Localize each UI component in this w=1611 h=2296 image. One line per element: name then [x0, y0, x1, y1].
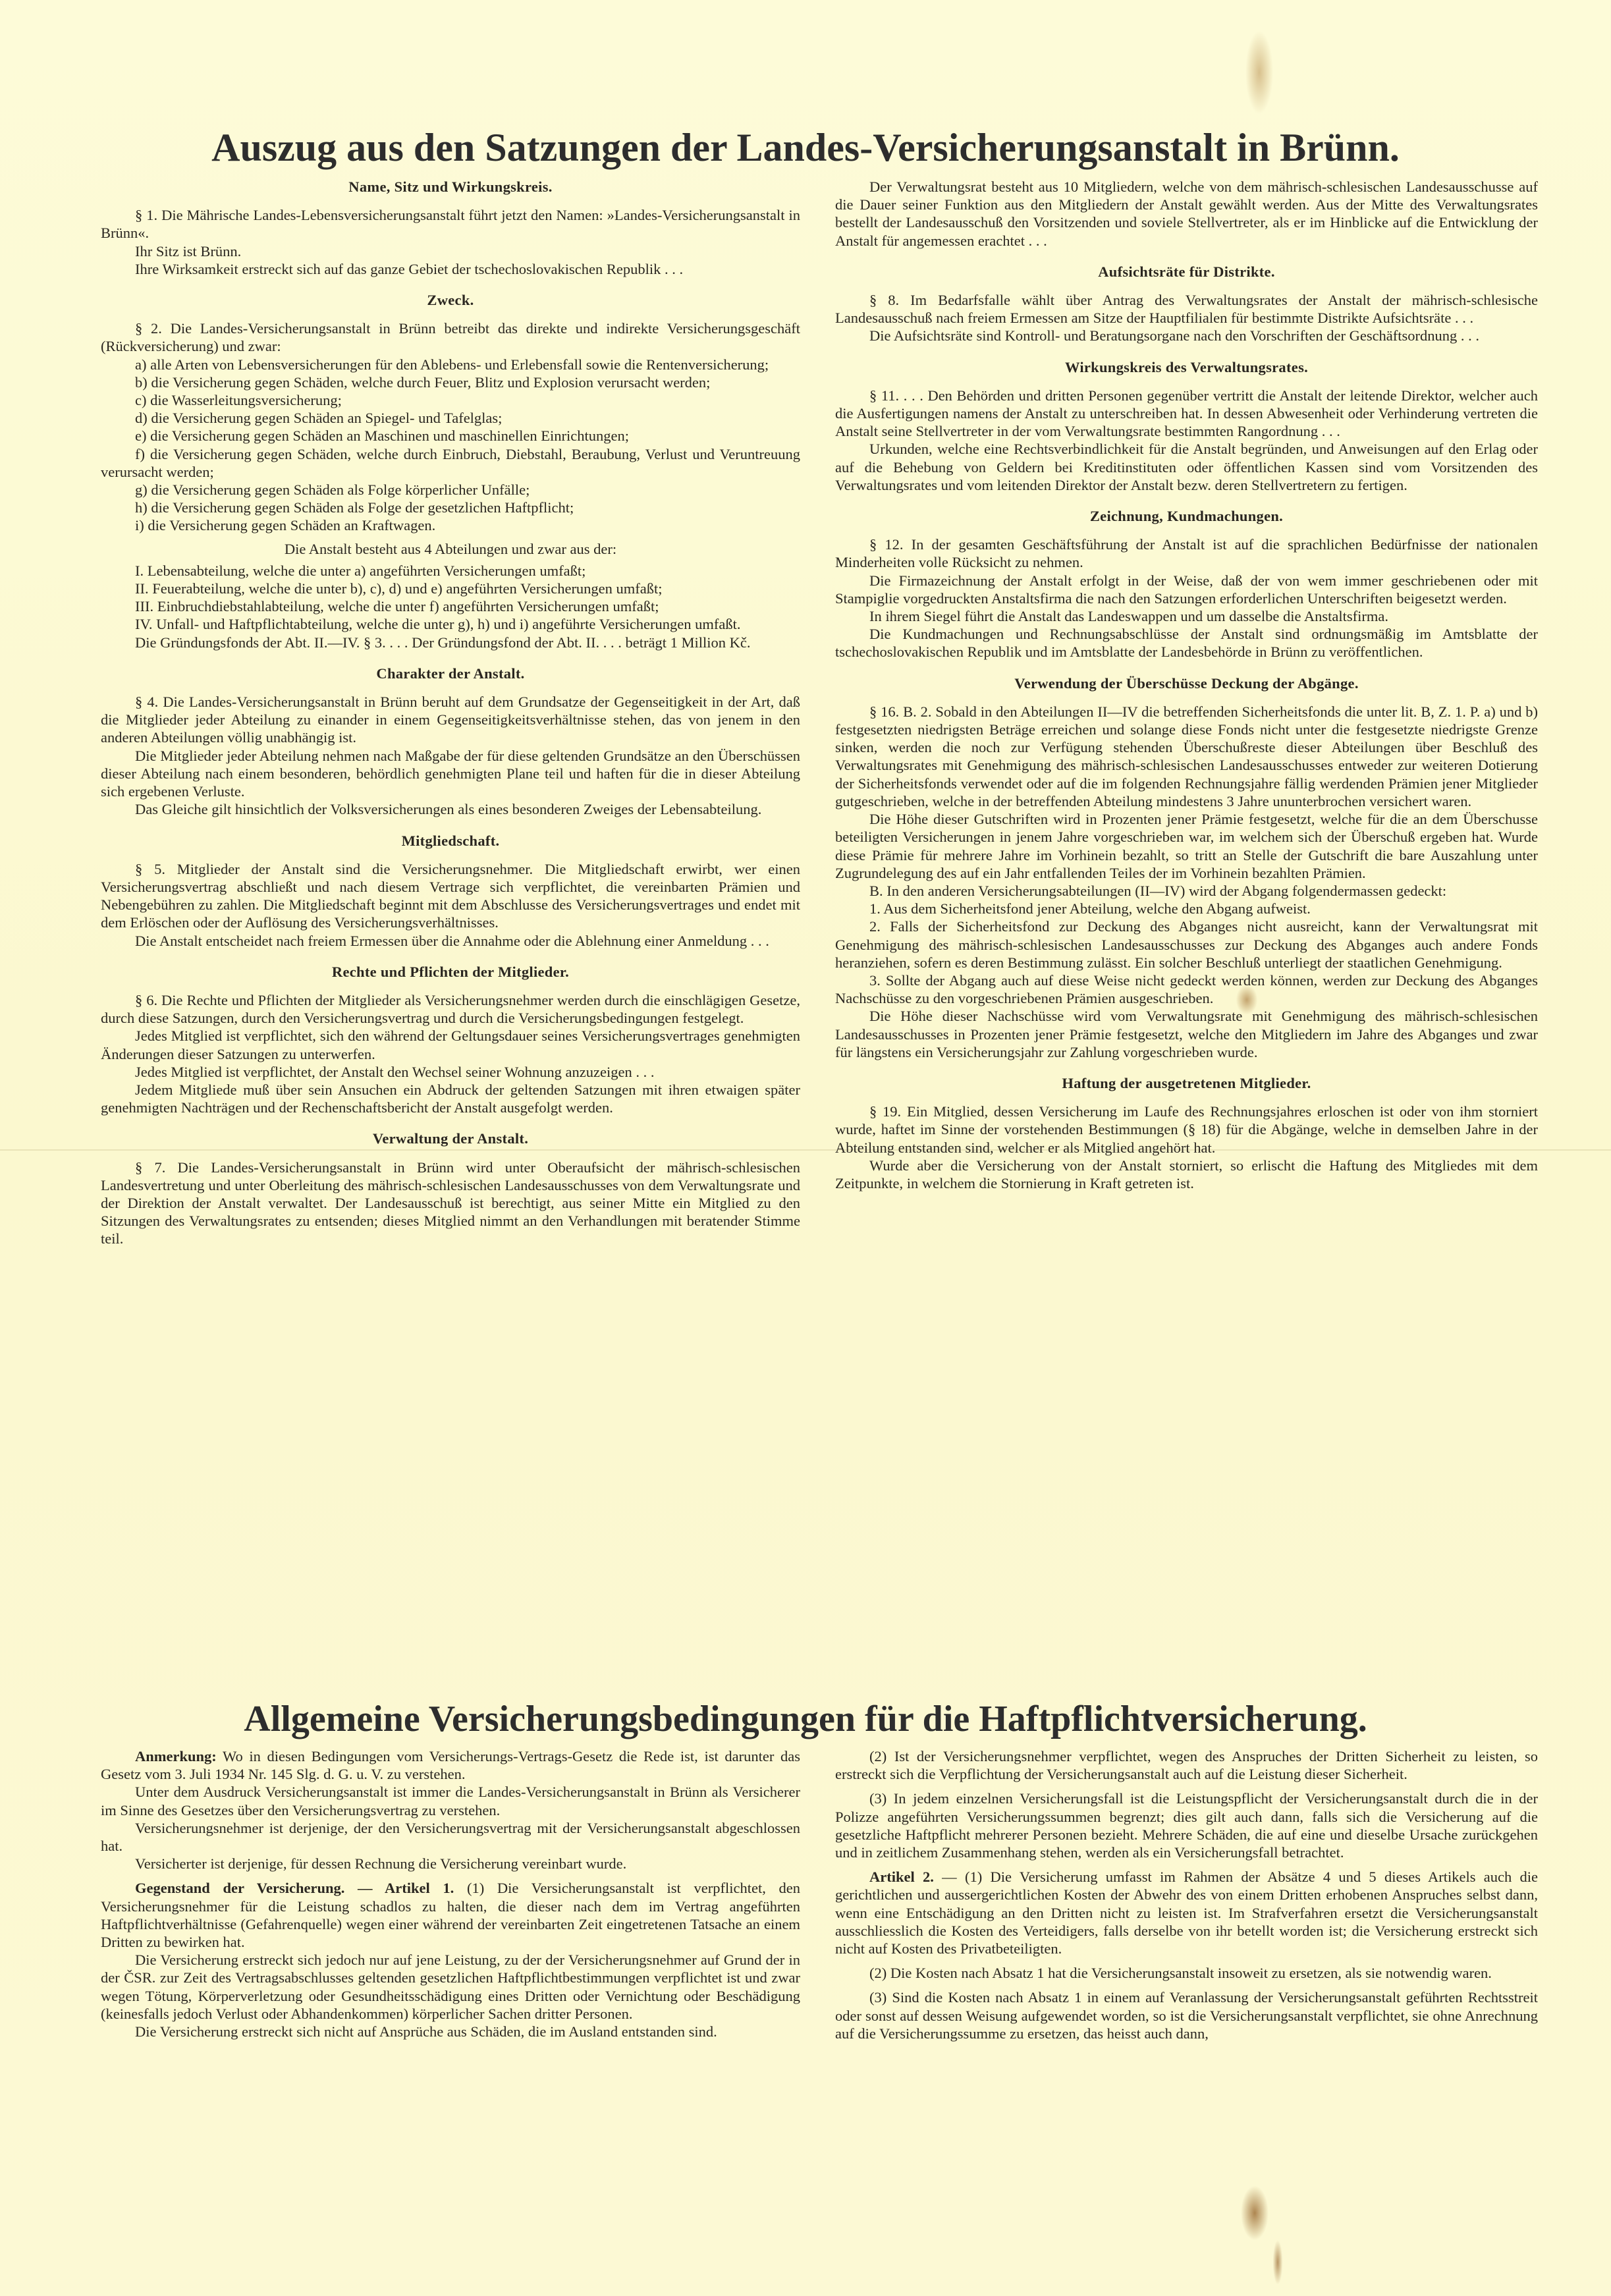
condition-paragraph: Artikel 2. — (1) Die Versicherung umfass… [835, 1868, 1538, 1957]
paragraph: 2. Falls der Sicherheitsfond zur Deckung… [835, 917, 1538, 971]
paragraph: Die Höhe dieser Gutschriften wird in Pro… [835, 810, 1538, 882]
statute-section: Der Verwaltungsrat besteht aus 10 Mitgli… [835, 178, 1538, 250]
section-heading: Zeichnung, Kundmachungen. [835, 507, 1538, 525]
paragraph: i) die Versicherung gegen Schäden an Kra… [101, 516, 800, 534]
paragraph: c) die Wasserleitungsversicherung; [101, 391, 800, 409]
paragraph: Jedem Mitgliede muß über sein Ansuchen e… [101, 1081, 800, 1116]
paragraph-text: — (1) Die Versicherung umfasst im Rahmen… [835, 1869, 1538, 1957]
statute-section: Zeichnung, Kundmachungen.§ 12. In der ge… [835, 507, 1538, 661]
division-paragraph: Die Gründungsfonds der Abt. II.—IV. § 3.… [101, 634, 800, 651]
condition-paragraph: (3) In jedem einzelnen Versicherungsfall… [835, 1790, 1538, 1861]
paragraph-text: Versicherungsnehmer ist derjenige, der d… [101, 1820, 800, 1854]
paragraph: B. In den anderen Versicherungsabteilung… [835, 882, 1538, 900]
paragraph: Die Mitglieder jeder Abteilung nehmen na… [101, 747, 800, 801]
paragraph: g) die Versicherung gegen Schäden als Fo… [101, 481, 800, 499]
condition-paragraph: Die Versicherung erstreckt sich jedoch n… [101, 1951, 800, 2023]
section-heading: Aufsichtsräte für Distrikte. [835, 263, 1538, 281]
paragraph: Jedes Mitglied ist verpflichtet, der Ans… [101, 1063, 800, 1081]
condition-paragraph: Unter dem Ausdruck Versicherungsanstalt … [101, 1783, 800, 1818]
division-paragraph: I. Lebensabteilung, welche die unter a) … [101, 562, 800, 580]
statute-section: Mitgliedschaft.§ 5. Mitglieder der Ansta… [101, 832, 800, 950]
statute-section: Wirkungskreis des Verwaltungsrates.§ 11.… [835, 358, 1538, 494]
paragraph: Ihre Wirksamkeit erstreckt sich auf das … [101, 260, 800, 278]
statute-section: Name, Sitz und Wirkungskreis.§ 1. Die Mä… [101, 178, 800, 278]
paragraph: § 7. Die Landes-Versicherungsanstalt in … [101, 1159, 800, 1248]
condition-paragraph: Versicherter ist derjenige, für dessen R… [101, 1855, 800, 1872]
condition-paragraph: (2) Die Kosten nach Absatz 1 hat die Ver… [835, 1964, 1538, 1982]
paragraph: Die Firmazeichnung der Anstalt erfolgt i… [835, 572, 1538, 607]
paragraph: Wurde aber die Versicherung von der Anst… [835, 1157, 1538, 1192]
statute-section: Rechte und Pflichten der Mitglieder.§ 6.… [101, 963, 800, 1117]
paragraph: Die Kundmachungen und Rechnungsabschlüss… [835, 625, 1538, 661]
division-paragraph: IV. Unfall- und Haftpflichtabteilung, we… [101, 615, 800, 633]
bedingungen-right-column: (2) Ist der Versicherungsnehmer verpflic… [835, 1747, 1538, 2042]
satzungen-left-column: Name, Sitz und Wirkungskreis.§ 1. Die Mä… [101, 178, 800, 1261]
condition-paragraph: (2) Ist der Versicherungsnehmer verpflic… [835, 1747, 1538, 1783]
paragraph: Die Höhe dieser Nachschüsse wird vom Ver… [835, 1007, 1538, 1061]
paragraph: a) alle Arten von Lebensversicherungen f… [101, 356, 800, 373]
paragraph-lead: Anmerkung: [135, 1748, 217, 1764]
paragraph: Das Gleiche gilt hinsichtlich der Volksv… [101, 800, 800, 818]
section-heading: Verwendung der Überschüsse Deckung der A… [835, 674, 1538, 692]
paragraph-lead: Artikel 2. [869, 1869, 934, 1885]
section-heading: Mitgliedschaft. [101, 832, 800, 850]
paragraph: § 16. B. 2. Sobald in den Abteilungen II… [835, 703, 1538, 810]
condition-paragraph: Versicherungsnehmer ist derjenige, der d… [101, 1819, 800, 1855]
main-title: Auszug aus den Satzungen der Landes-Vers… [0, 125, 1611, 171]
paragraph: § 2. Die Landes-Versicherungsanstalt in … [101, 319, 800, 355]
statute-section: Verwaltung der Anstalt.§ 7. Die Landes-V… [101, 1130, 800, 1247]
paragraph: § 4. Die Landes-Versicherungsanstalt in … [101, 693, 800, 747]
statute-section: Charakter der Anstalt.§ 4. Die Landes-Ve… [101, 665, 800, 819]
satzungen-right-column: Der Verwaltungsrat besteht aus 10 Mitgli… [835, 178, 1538, 1205]
section-heading: Charakter der Anstalt. [101, 665, 800, 682]
paragraph-text: (2) Ist der Versicherungsnehmer verpflic… [835, 1748, 1538, 1782]
paragraph: § 8. Im Bedarfsfalle wählt über Antrag d… [835, 291, 1538, 327]
division-paragraph: II. Feuerabteilung, welche die unter b),… [101, 580, 800, 597]
bedingungen-left-column: Anmerkung: Wo in diesen Bedingungen vom … [101, 1747, 800, 2040]
paragraph-text: Unter dem Ausdruck Versicherungsanstalt … [101, 1784, 800, 1818]
paragraph: e) die Versicherung gegen Schäden an Mas… [101, 427, 800, 445]
paragraph: § 12. In der gesamten Geschäftsführung d… [835, 535, 1538, 571]
paragraph: Die Anstalt entscheidet nach freiem Erme… [101, 932, 800, 950]
paragraph: In ihrem Siegel führt die Anstalt das La… [835, 607, 1538, 625]
second-title: Allgemeine Versicherungsbedingungen für … [0, 1698, 1611, 1740]
paragraph: f) die Versicherung gegen Schäden, welch… [101, 445, 800, 481]
paragraph: § 5. Mitglieder der Anstalt sind die Ver… [101, 860, 800, 932]
paragraph: § 1. Die Mährische Landes-Lebensversiche… [101, 206, 800, 242]
paragraph: Die Aufsichtsräte sind Kontroll- und Ber… [835, 327, 1538, 344]
paragraph: § 6. Die Rechte und Pflichten der Mitgli… [101, 991, 800, 1027]
paragraph-text: Die Versicherung erstreckt sich jedoch n… [101, 1952, 800, 2022]
paragraph-text: Die Versicherung erstreckt sich nicht au… [135, 2023, 717, 2040]
division-paragraph: III. Einbruchdiebstahlabteilung, welche … [101, 597, 800, 615]
centered-line: Die Anstalt besteht aus 4 Abteilungen un… [101, 540, 800, 558]
paragraph: b) die Versicherung gegen Schäden, welch… [101, 373, 800, 391]
paragraph-text: (3) In jedem einzelnen Versicherungsfall… [835, 1790, 1538, 1861]
paragraph: 1. Aus dem Sicherheitsfond jener Abteilu… [835, 900, 1538, 917]
paragraph: § 11. . . . Den Behörden und dritten Per… [835, 387, 1538, 441]
condition-paragraph: Die Versicherung erstreckt sich nicht au… [101, 2023, 800, 2040]
statute-section: Aufsichtsräte für Distrikte.§ 8. Im Beda… [835, 263, 1538, 345]
paragraph-text: Versicherter ist derjenige, für dessen R… [135, 1855, 626, 1872]
paragraph: d) die Versicherung gegen Schäden an Spi… [101, 409, 800, 427]
condition-paragraph: Gegenstand der Versicherung. — Artikel 1… [101, 1879, 800, 1951]
paragraph-lead: Gegenstand der Versicherung. — Artikel 1… [135, 1880, 454, 1896]
section-heading: Haftung der ausgetretenen Mitglieder. [835, 1074, 1538, 1092]
statute-section: Verwendung der Überschüsse Deckung der A… [835, 674, 1538, 1061]
condition-paragraph: (3) Sind die Kosten nach Absatz 1 in ein… [835, 1988, 1538, 2042]
paragraph: Ihr Sitz ist Brünn. [101, 242, 800, 260]
condition-paragraph: Anmerkung: Wo in diesen Bedingungen vom … [101, 1747, 800, 1783]
paragraph: 3. Sollte der Abgang auch auf diese Weis… [835, 971, 1538, 1007]
section-heading: Verwaltung der Anstalt. [101, 1130, 800, 1147]
section-heading: Zweck. [101, 291, 800, 309]
paragraph: § 19. Ein Mitglied, dessen Versicherung … [835, 1103, 1538, 1157]
section-heading: Wirkungskreis des Verwaltungsrates. [835, 358, 1538, 376]
statute-section: Haftung der ausgetretenen Mitglieder.§ 1… [835, 1074, 1538, 1192]
paragraph-text: (3) Sind die Kosten nach Absatz 1 in ein… [835, 1989, 1538, 2041]
paragraph-text: (2) Die Kosten nach Absatz 1 hat die Ver… [869, 1965, 1492, 1981]
paragraph: Der Verwaltungsrat besteht aus 10 Mitgli… [835, 178, 1538, 250]
paragraph: h) die Versicherung gegen Schäden als Fo… [101, 499, 800, 516]
paragraph: Jedes Mitglied ist verpflichtet, sich de… [101, 1027, 800, 1062]
section-heading: Rechte und Pflichten der Mitglieder. [101, 963, 800, 981]
paragraph: Urkunden, welche eine Rechtsverbindlichk… [835, 440, 1538, 494]
section-heading: Name, Sitz und Wirkungskreis. [101, 178, 800, 196]
statute-section: Zweck.§ 2. Die Landes-Versicherungsansta… [101, 291, 800, 651]
